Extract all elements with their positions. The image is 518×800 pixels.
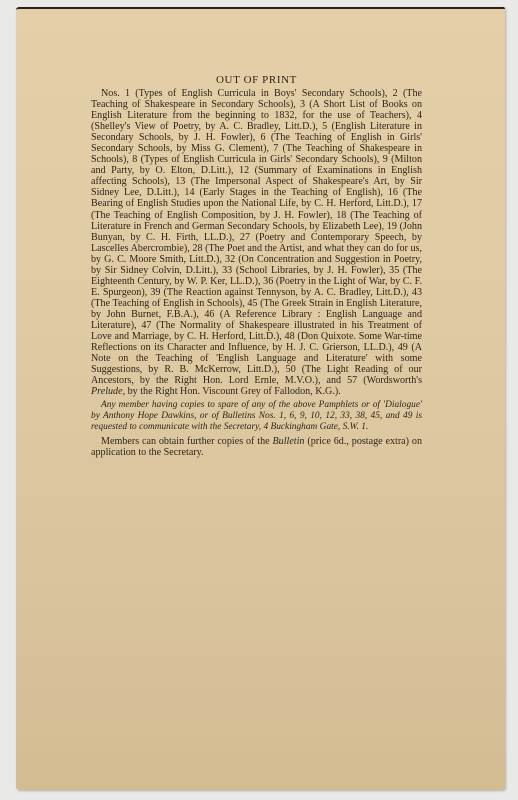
members-note-start: Members can obtain further copies of the	[101, 436, 273, 447]
out-of-print-list-tail: , by the Right Hon. Viscount Grey of Fal…	[123, 386, 341, 397]
out-of-print-list-text: Nos. 1 (Types of English Curricula in Bo…	[91, 88, 422, 386]
page-content: OUT OF PRINT Nos. 1 (Types of English Cu…	[91, 74, 422, 458]
request-note: Any member having copies to spare of any…	[91, 400, 422, 433]
out-of-print-list: Nos. 1 (Types of English Curricula in Bo…	[91, 88, 422, 397]
prelude-title: Prelude	[91, 386, 123, 397]
document-page: OUT OF PRINT Nos. 1 (Types of English Cu…	[16, 7, 505, 790]
bulletin-title: Bulletin	[273, 436, 305, 447]
members-note: Members can obtain further copies of the…	[91, 436, 422, 458]
page-title: OUT OF PRINT	[91, 74, 422, 86]
